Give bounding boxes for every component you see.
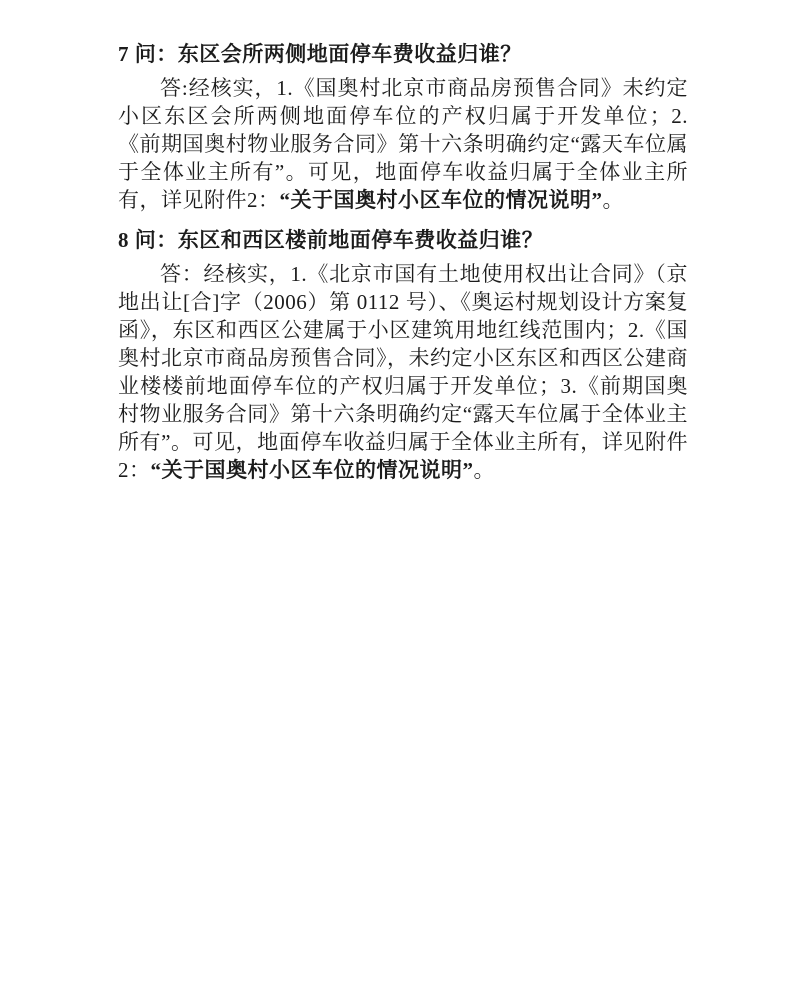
- answer-8-paragraph: 答：经核实，1.《北京市国有土地使用权出让合同》（京地出让[合]字（2006）第…: [118, 260, 688, 484]
- answer-8-period: 。: [474, 458, 496, 482]
- answer-7-attachment-title: “关于国奥村小区车位的情况说明”: [280, 188, 603, 212]
- qa-block-7: 7 问：东区会所两侧地面停车费收益归谁？ 答:经核实，1.《国奥村北京市商品房预…: [118, 40, 688, 214]
- document-page: 7 问：东区会所两侧地面停车费收益归谁？ 答:经核实，1.《国奥村北京市商品房预…: [0, 0, 797, 989]
- qa-block-8: 8 问：东区和西区楼前地面停车费收益归谁？ 答：经核实，1.《北京市国有土地使用…: [118, 226, 688, 484]
- answer-8-text: 答：经核实，1.《北京市国有土地使用权出让合同》（京地出让[合]字（2006）第…: [118, 262, 688, 482]
- document-content: 7 问：东区会所两侧地面停车费收益归谁？ 答:经核实，1.《国奥村北京市商品房预…: [118, 40, 688, 484]
- answer-7-paragraph: 答:经核实，1.《国奥村北京市商品房预售合同》未约定小区东区会所两侧地面停车位的…: [118, 74, 688, 214]
- answer-7-period: 。: [603, 188, 625, 212]
- question-8-heading: 8 问：东区和西区楼前地面停车费收益归谁？: [118, 226, 688, 254]
- answer-8-attachment-title: “关于国奥村小区车位的情况说明”: [151, 458, 474, 482]
- question-7-heading: 7 问：东区会所两侧地面停车费收益归谁？: [118, 40, 688, 68]
